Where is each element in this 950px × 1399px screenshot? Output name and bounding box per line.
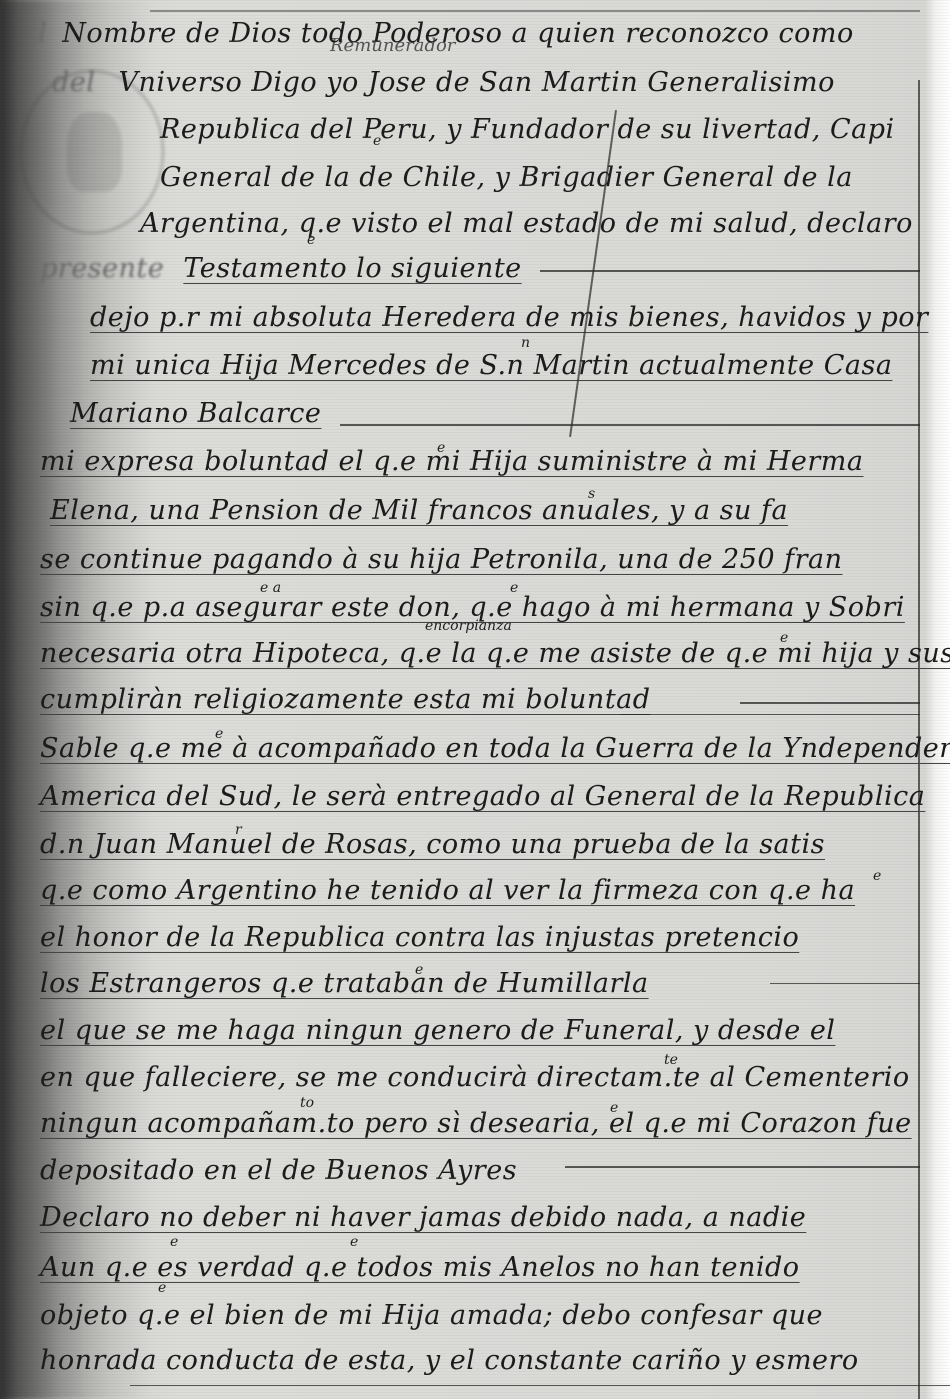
manuscript-line: q.e como Argentino he tenido al ver la f… — [0, 875, 940, 921]
superscript-abbrev: e — [170, 1234, 178, 1250]
section-divider — [130, 1385, 950, 1386]
manuscript-line: Aun q.e es verdad q.e todos mis Anelos n… — [0, 1252, 940, 1298]
manuscript-line: en que falleciere, se me conducirà direc… — [0, 1062, 940, 1108]
manuscript-line: presente Testamento lo siguiente — [0, 253, 940, 299]
manuscript-line: Mariano Balcarce — [0, 398, 940, 444]
section-divider — [620, 714, 920, 715]
manuscript-line: del Vniverso Digo yo Jose de San Martin … — [0, 67, 940, 113]
manuscript-lines: l Nombre de Dios todo Poderoso a quien r… — [0, 0, 950, 1399]
superscript-abbrev: e — [215, 726, 223, 742]
superscript-abbrev: e — [350, 1234, 358, 1250]
manuscript-line: d.n Juan Manuel de Rosas, como una prueb… — [0, 829, 940, 875]
superscript-abbrev: e a — [260, 580, 281, 596]
superscript-abbrev: e — [437, 440, 445, 456]
manuscript-line: se continue pagando à su hija Petronila,… — [0, 544, 940, 590]
section-divider — [565, 1166, 920, 1168]
superscript-abbrev: e — [610, 1100, 618, 1116]
section-divider — [740, 702, 920, 704]
manuscript-line: objeto q.e el bien de mi Hija amada; deb… — [0, 1300, 940, 1346]
superscript-abbrev: n — [521, 335, 530, 351]
superscript-abbrev: e — [510, 580, 518, 596]
superscript-abbrev: s — [588, 486, 595, 502]
section-divider — [540, 270, 920, 272]
manuscript-line: los Estrangeros q.e trataban de Humillar… — [0, 968, 940, 1014]
superscript-abbrev: r — [235, 822, 242, 838]
manuscript-line: Republica del Peru, y Fundador de su liv… — [0, 114, 940, 160]
manuscript-line: cumpliràn religiozamente esta mi bolunta… — [0, 684, 940, 730]
manuscript-line: Elena, una Pension de Mil francos anuale… — [0, 495, 940, 541]
manuscript-line: necesaria otra Hipoteca, q.e la q.e me a… — [0, 638, 940, 684]
manuscript-page: Remunerador l Nombre de Dios todo Podero… — [0, 0, 950, 1399]
interlinear-insert: encorpianza — [425, 618, 512, 634]
manuscript-line: el que se me haga ningun genero de Funer… — [0, 1015, 940, 1061]
superscript-abbrev: r — [290, 308, 297, 324]
manuscript-line: depositado en el de Buenos Ayres — [0, 1155, 940, 1201]
manuscript-line: Declaro no deber ni haver jamas debido n… — [0, 1202, 940, 1248]
superscript-abbrev: e — [415, 962, 423, 978]
section-divider — [770, 983, 920, 984]
manuscript-line: General de la de Chile, y Brigadier Gene… — [0, 162, 940, 208]
section-divider — [340, 424, 920, 426]
superscript-abbrev: te — [664, 1052, 678, 1068]
manuscript-line: mi unica Hija Mercedes de S.n Martin act… — [0, 350, 940, 396]
superscript-abbrev: e — [307, 232, 315, 248]
manuscript-line: mi expresa boluntad el q.e mi Hija sumin… — [0, 446, 940, 492]
manuscript-line: America del Sud, le serà entregado al Ge… — [0, 781, 940, 827]
superscript-abbrev: to — [300, 1095, 314, 1111]
manuscript-line: l Nombre de Dios todo Poderoso a quien r… — [0, 18, 940, 64]
superscript-abbrev: e — [158, 1280, 166, 1296]
manuscript-line: dejo p.r mi absoluta Heredera de mis bie… — [0, 302, 940, 348]
superscript-abbrev: e — [373, 133, 381, 149]
manuscript-line: Sable q.e me à acompañado en toda la Gue… — [0, 733, 940, 779]
manuscript-line: Argentina, q.e visto el mal estado de mi… — [0, 208, 940, 254]
superscript-abbrev: e — [780, 630, 788, 646]
manuscript-line: el honor de la Republica contra las inju… — [0, 922, 940, 968]
superscript-abbrev: e — [873, 868, 881, 884]
manuscript-line: ningun acompañam.to pero sì desearia, el… — [0, 1108, 940, 1154]
